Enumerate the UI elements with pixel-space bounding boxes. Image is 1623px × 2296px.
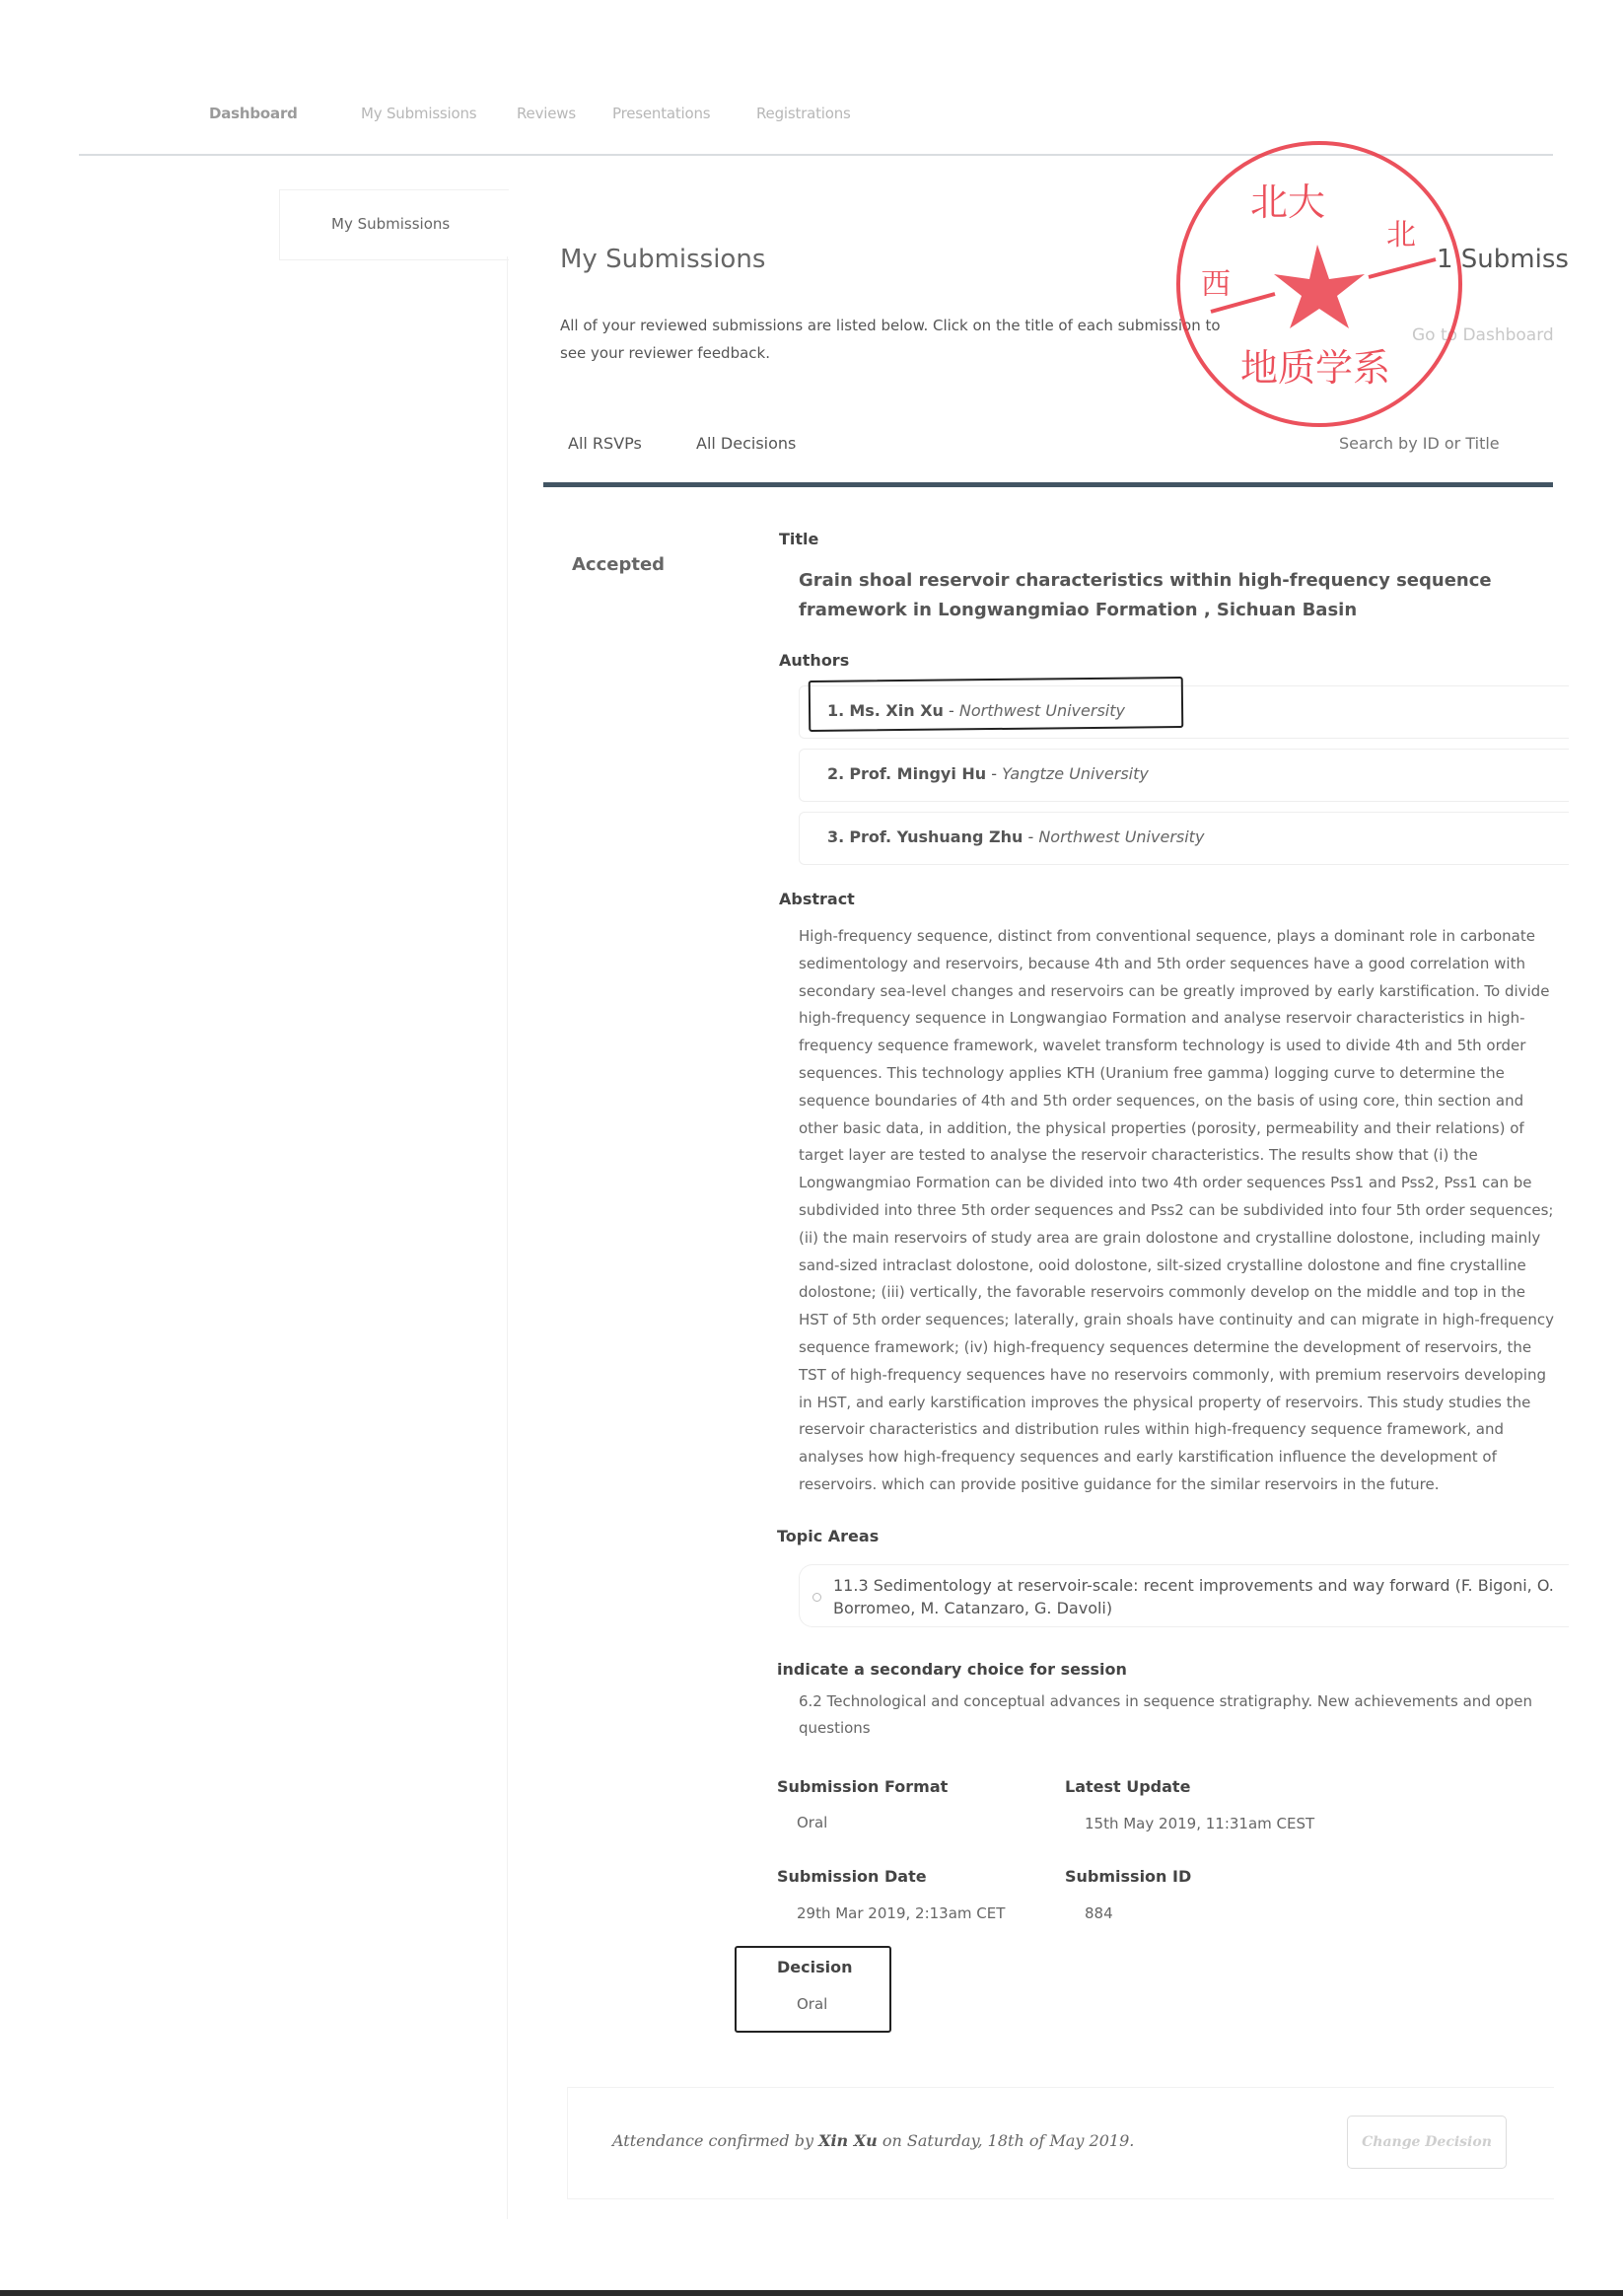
author-name: Prof. Yushuang Zhu <box>849 827 1023 846</box>
attendance-text: Attendance confirmed by Xin Xu on Saturd… <box>612 2131 1134 2150</box>
nav-registrations[interactable]: Registrations <box>756 105 851 122</box>
scan-edge <box>0 2290 1623 2296</box>
author-separator: - <box>986 764 1002 783</box>
sidebar: My Submissions <box>279 189 509 260</box>
author-card: 3. Prof. Yushuang Zhu - Northwest Univer… <box>799 812 1569 865</box>
attendance-suffix: on Saturday, 18th of May 2019. <box>878 2131 1135 2150</box>
list-divider <box>543 482 1553 487</box>
latest-update-value: 15th May 2019, 11:31am CEST <box>1085 1815 1314 1832</box>
authors-label: Authors <box>779 651 849 670</box>
nav-reviews[interactable]: Reviews <box>517 105 576 122</box>
author-name: Ms. Xin Xu <box>849 701 944 720</box>
nav-divider <box>79 154 1553 156</box>
svg-text:地质学系: 地质学系 <box>1240 346 1390 390</box>
attendance-prefix: Attendance confirmed by <box>612 2131 818 2150</box>
radio-icon <box>812 1593 821 1602</box>
topic-area-card: 11.3 Sedimentology at reservoir-scale: r… <box>799 1564 1569 1627</box>
author-affiliation: Northwest University <box>1038 827 1204 846</box>
title-label: Title <box>779 530 818 548</box>
submission-date-value: 29th Mar 2019, 2:13am CET <box>797 1904 1005 1922</box>
sidebar-item-my-submissions[interactable]: My Submissions <box>331 215 450 233</box>
svg-text:北大: 北大 <box>1250 180 1325 224</box>
submission-date-label: Submission Date <box>777 1867 927 1886</box>
author-name: Prof. Mingyi Hu <box>849 764 986 783</box>
author-index: 2. <box>827 764 844 783</box>
seal-stamp-icon: 北大 西 北 地质学系 <box>1171 136 1467 432</box>
author-separator: - <box>1023 827 1038 846</box>
decision-label: Decision <box>777 1958 853 1976</box>
secondary-choice-label: indicate a secondary choice for session <box>777 1660 1127 1679</box>
nav-presentations[interactable]: Presentations <box>612 105 710 122</box>
attendance-card: Attendance confirmed by Xin Xu on Saturd… <box>567 2087 1554 2199</box>
intro-text: All of your reviewed submissions are lis… <box>560 312 1240 367</box>
search-input[interactable] <box>1339 434 1556 453</box>
author-card: 1. Ms. Xin Xu - Northwest University <box>799 685 1569 739</box>
topic-areas-label: Topic Areas <box>777 1527 879 1545</box>
page-title: My Submissions <box>560 245 765 274</box>
topic-area-text: 11.3 Sedimentology at reservoir-scale: r… <box>833 1574 1563 1619</box>
submission-count: 1 Submiss <box>1437 245 1569 274</box>
submission-format-label: Submission Format <box>777 1777 948 1796</box>
submission-title-link[interactable]: Grain shoal reservoir characteristics wi… <box>799 566 1568 625</box>
svg-text:北: 北 <box>1386 218 1416 252</box>
filter-all-decisions[interactable]: All Decisions <box>696 434 796 453</box>
status-badge: Accepted <box>572 554 665 575</box>
svg-text:西: 西 <box>1201 267 1231 302</box>
author-separator: - <box>944 701 959 720</box>
filter-all-rsvps[interactable]: All RSVPs <box>568 434 642 453</box>
latest-update-label: Latest Update <box>1065 1777 1190 1796</box>
abstract-text: High-frequency sequence, distinct from c… <box>799 923 1558 1499</box>
submission-id-value: 884 <box>1085 1904 1113 1922</box>
author-affiliation: Yangtze University <box>1002 764 1149 783</box>
author-index: 1. <box>827 701 844 720</box>
submission-format-value: Oral <box>797 1814 827 1831</box>
attendance-name: Xin Xu <box>818 2131 878 2150</box>
nav-my-submissions[interactable]: My Submissions <box>361 105 476 122</box>
decision-value: Oral <box>797 1995 827 2013</box>
change-decision-button[interactable]: Change Decision <box>1347 2116 1507 2169</box>
submission-id-label: Submission ID <box>1065 1867 1191 1886</box>
content-border <box>507 256 508 2219</box>
go-to-dashboard-link[interactable]: Go to Dashboard <box>1412 325 1554 345</box>
submission-title: Grain shoal reservoir characteristics wi… <box>799 566 1563 625</box>
secondary-choice-text: 6.2 Technological and conceptual advance… <box>799 1688 1558 1742</box>
abstract-label: Abstract <box>779 890 855 908</box>
author-card: 2. Prof. Mingyi Hu - Yangtze University <box>799 749 1569 802</box>
author-index: 3. <box>827 827 844 846</box>
author-affiliation: Northwest University <box>959 701 1125 720</box>
nav-dashboard[interactable]: Dashboard <box>209 105 298 122</box>
